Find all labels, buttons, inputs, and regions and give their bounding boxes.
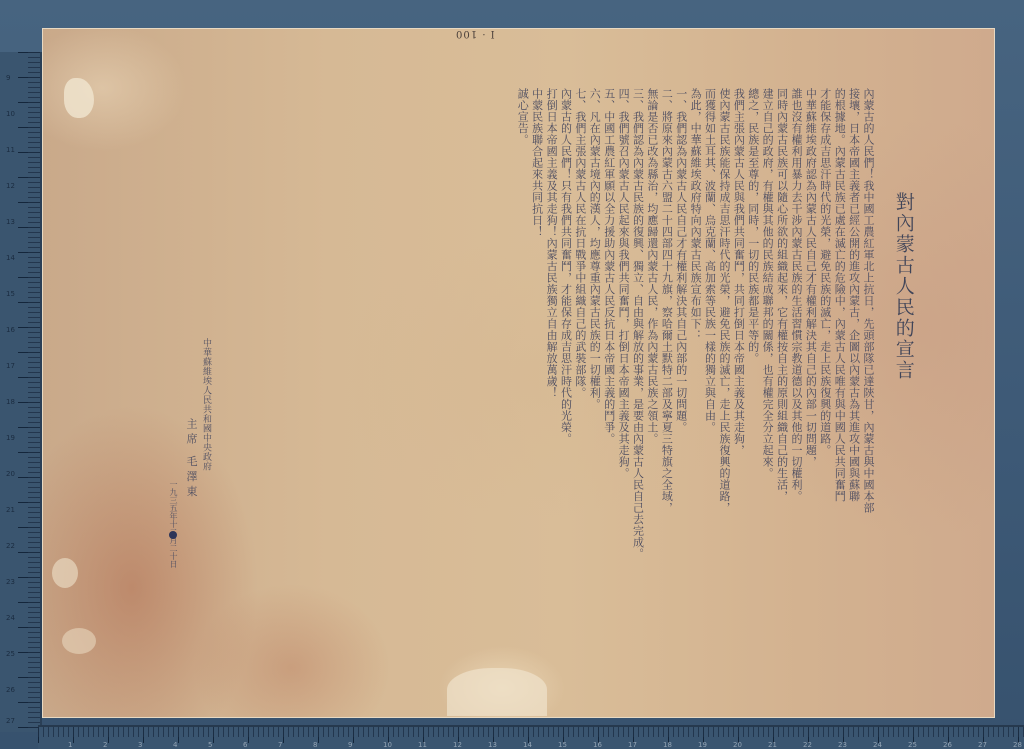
ruler-number: 19 [6, 434, 15, 442]
document-body: 內蒙古的人民們！我中國工農紅軍北上抗日，先頭部隊已達陝甘，內蒙古與中國本部 接壤… [175, 88, 875, 648]
ruler-number: 8 [313, 741, 317, 749]
ruler-number: 15 [6, 290, 15, 298]
text-column: 接壤，日本帝國主義者已經公開的進攻內蒙古，企圖以內蒙古為其進攻中國與蘇聯 [846, 88, 860, 648]
ruler-number: 28 [1013, 741, 1022, 749]
ruler-number: 12 [453, 741, 462, 749]
ruler-number: 27 [6, 717, 15, 725]
ruler-number: 22 [6, 542, 15, 550]
text-column: 四、我們號召內蒙古人民起來與我們共同奮鬥，打倒日本帝國主義及其走狗。 [616, 88, 630, 648]
ruler-number: 4 [173, 741, 177, 749]
text-column: 內蒙古的人民們！我中國工農紅軍北上抗日，先頭部隊已達陝甘，內蒙古與中國本部 [861, 88, 875, 648]
text-column: 無論是否已改為縣治，均應歸還內蒙古人民，作為內蒙古民族之領土。 [645, 88, 659, 648]
ruler-number: 9 [348, 741, 352, 749]
ruler-number: 16 [593, 741, 602, 749]
ruler-number: 12 [6, 182, 15, 190]
text-column: 誠心宣告。 [515, 88, 529, 648]
text-column: 同時內蒙古民族可以隨心所欲的組織起來，它有權按自主的原則組織自己的生活， [774, 88, 788, 648]
ruler-number: 14 [523, 741, 532, 749]
text-column: 中華蘇維埃政府認為內蒙古人民自己才有權利解決其自己的內部一切問題， [803, 88, 817, 648]
text-column: 我們主張內蒙古人民與我們共同奮鬥，共同打倒日本帝國主義及其走狗， [731, 88, 745, 648]
ruler-number: 7 [278, 741, 282, 749]
text-column: 誰也沒有權利用暴力去干涉內蒙古民族的生活習慣宗教道德以及其他的一切權利。 [789, 88, 803, 648]
left-ruler: 9 10 11 12 13 14 15 16 17 18 19 20 21 22… [0, 52, 42, 732]
signature-date: 一九三五年十二月二十日 [168, 480, 179, 568]
text-column: 建立自己的政府，有權與其他的民族結成聯邦的關係，也有權完全分立起來。 [760, 88, 774, 648]
ruler-number: 11 [418, 741, 427, 749]
text-column: 的根據地。內蒙古民族已處在滅亡的危險中，內蒙古人民唯有與中國人民共同奮鬥 [832, 88, 846, 648]
paper-tear [52, 558, 78, 588]
ruler-number: 10 [6, 110, 15, 118]
text-column: 使內蒙古民族能保持成吉思汗時代的光榮，避免民族的滅亡，走上民族復興的道路， [717, 88, 731, 648]
ruler-number: 15 [558, 741, 567, 749]
paper-stain-light [447, 668, 547, 716]
seal-mark-icon [169, 531, 177, 539]
text-column: 而獲得如土耳其、波蘭、烏克蘭、高加索等民族一樣的獨立與自由。 [702, 88, 716, 648]
ruler-number: 16 [6, 326, 15, 334]
ruler-number: 17 [6, 362, 15, 370]
ruler-number: 24 [6, 614, 15, 622]
ruler-number: 27 [978, 741, 987, 749]
signature-organization: 中華蘇維埃人民共和國中央政府 [200, 338, 213, 471]
text-column: 中蒙民族聯合起來共同抗日！ [529, 88, 543, 648]
text-column: 三、我們認為內蒙古民族的復興、獨立、自由與解放的事業，是要由內蒙古人民自己去完成… [630, 88, 644, 648]
text-column: 六、凡在內蒙古境內的漢人，均應尊重內蒙古民族的一切權利。 [587, 88, 601, 648]
ruler-number: 3 [138, 741, 142, 749]
ruler-number: 23 [6, 578, 15, 586]
signature-name: 主席 毛澤東 [183, 418, 199, 501]
text-column: 才能保存成吉思汗時代的光榮，避免民族的滅亡，走上民族復興的道路。 [817, 88, 831, 648]
ruler-number: 21 [6, 506, 15, 514]
ruler-number: 18 [6, 398, 15, 406]
ruler-number: 25 [6, 650, 15, 658]
text-column: 五、中國工農紅軍願以全力援助內蒙古人民反抗日本帝國主義的鬥爭。 [601, 88, 615, 648]
ruler-number: 1 [68, 741, 72, 749]
ruler-number: 23 [838, 741, 847, 749]
ruler-number: 18 [663, 741, 672, 749]
ruler-number: 21 [768, 741, 777, 749]
bottom-ruler: 1 2 3 4 5 6 7 8 9 10 11 12 13 14 15 16 1… [38, 725, 1024, 749]
ruler-number: 10 [383, 741, 392, 749]
ruler-number: 20 [6, 470, 15, 478]
text-column: 總之，民族是至尊的，同時，一切的民族都是平等的。 [745, 88, 759, 648]
ruler-number: 2 [103, 741, 107, 749]
ruler-number: 14 [6, 254, 15, 262]
paper-tear [62, 628, 96, 654]
text-column: 二、將原來內蒙古六盟二十四部四十九旗，察哈爾土默特二部及寧夏三特旗之全域， [659, 88, 673, 648]
ruler-number: 13 [6, 218, 15, 226]
archive-number-stamp: I · 100 [455, 28, 495, 39]
ruler-number: 26 [943, 741, 952, 749]
text-column: 七、我們主張內蒙古人民在抗日戰爭中組織自己的武裝部隊。 [572, 88, 586, 648]
ruler-number: 24 [873, 741, 882, 749]
ruler-number: 25 [908, 741, 917, 749]
text-column: 內蒙古的人民們！只有我們共同奮鬥，才能保存成吉思汗時代的光榮。 [558, 88, 572, 648]
ruler-number: 20 [733, 741, 742, 749]
ruler-minor-ticks [38, 727, 1024, 737]
ruler-number: 13 [488, 741, 497, 749]
ruler-number: 17 [628, 741, 637, 749]
text-column: 為此，中華蘇維埃政府特向內蒙古民族宣布如下： [688, 88, 702, 648]
document-title: 對內蒙古人民的宣言 [891, 192, 918, 381]
ruler-number: 19 [698, 741, 707, 749]
ruler-number: 6 [243, 741, 247, 749]
text-column: 一、我們認為內蒙古人民自己才有權利解決其自己內部的一切問題。 [673, 88, 687, 648]
text-column: 打倒日本帝國主義及其走狗！內蒙古民族獨立自由解放萬歲！ [544, 88, 558, 648]
paper-tear [64, 78, 94, 118]
ruler-number: 22 [803, 741, 812, 749]
ruler-number: 9 [6, 74, 10, 82]
ruler-number: 26 [6, 686, 15, 694]
ruler-number: 5 [208, 741, 212, 749]
ruler-number: 11 [6, 146, 15, 154]
ruler-minor-ticks [28, 52, 40, 732]
